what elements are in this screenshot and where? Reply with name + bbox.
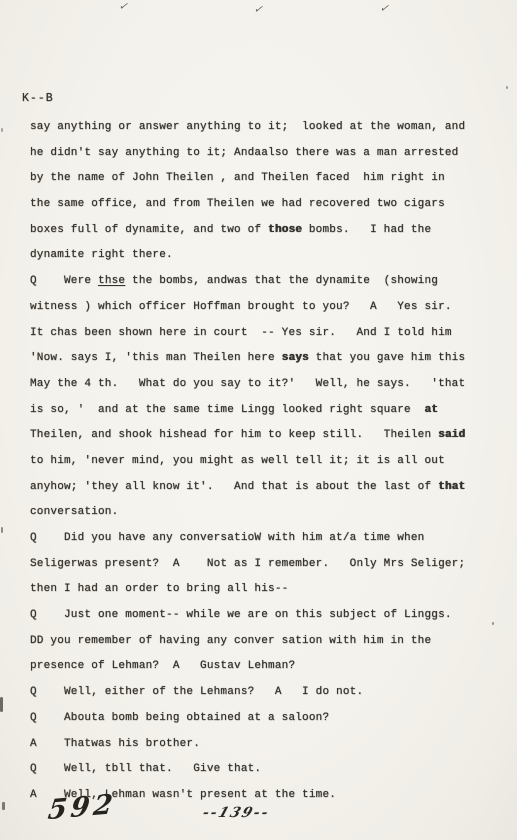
- transcript-line: is so, ' and at the same time Lingg look…: [30, 404, 491, 430]
- transcript-line: Seligerwas present? A Not as I remember.…: [30, 558, 491, 584]
- transcript-line: the same office, and from Theilen we had…: [30, 198, 491, 224]
- transcript-line: boxes full of dynamite, and two of those…: [30, 224, 491, 250]
- transcript-body: say anything or answer anything to it; l…: [30, 121, 491, 815]
- transcript-line: Q Did you have any conversatioW with him…: [30, 532, 491, 558]
- transcript-line: dynamite right there.: [30, 249, 491, 275]
- transcript-line: Q Abouta bomb being obtained at a saloon…: [30, 712, 491, 738]
- ink-speck: [1, 527, 3, 533]
- handwritten-folio-number: --139--: [200, 805, 272, 821]
- handwritten-page-number: 592: [46, 789, 118, 826]
- ink-speck: [1, 128, 3, 132]
- transcript-line: Q Just one moment-- while we are on this…: [30, 609, 491, 635]
- ink-speck: [2, 802, 5, 810]
- transcript-line: then I had an order to bring all his--: [30, 583, 491, 609]
- ink-speck: [0, 697, 3, 712]
- pen-checkmark: ✓: [253, 2, 265, 18]
- transcript-line: 'Now. says I, 'this man Theilen here say…: [30, 352, 491, 378]
- transcript-line: Q Well, either of the Lehmans? A I do no…: [30, 686, 491, 712]
- transcript-line: witness ) which officer Hoffman brought …: [30, 301, 491, 327]
- transcript-line: DD you remember of having any conver sat…: [30, 635, 491, 661]
- transcript-line: It chas been shown here in court -- Yes …: [30, 327, 491, 353]
- transcript-line: Q Were thse the bombs, andwas that the d…: [30, 275, 491, 301]
- transcript-line: say anything or answer anything to it; l…: [30, 121, 491, 147]
- transcript-line: conversation.: [30, 506, 491, 532]
- transcript-line: presence of Lehman? A Gustav Lehman?: [30, 660, 491, 686]
- ink-speck: [506, 86, 508, 89]
- transcript-line: by the name of John Theilen , and Theile…: [30, 172, 491, 198]
- transcript-line: A Thatwas his brother.: [30, 738, 491, 764]
- document-page: ✓ ✓ ✓ K--B say anything or answer anythi…: [0, 0, 517, 840]
- transcript-line: May the 4 th. What do you say to it?' We…: [30, 378, 491, 404]
- transcript-line: to him, 'never mind, you might as well t…: [30, 455, 491, 481]
- pen-checkmark: ✓: [118, 0, 130, 14]
- pen-checkmark: ✓: [379, 1, 391, 17]
- ink-speck: [492, 622, 494, 625]
- transcript-line: Q Well, tbll that. Give that.: [30, 763, 491, 789]
- transcript-line: Theilen, and shook hishead for him to ke…: [30, 429, 491, 455]
- typed-header-mark: K--B: [22, 92, 54, 105]
- transcript-line: anyhow; 'they all know it'. And that is …: [30, 481, 491, 507]
- transcript-line: he didn't say anything to it; Andaalso t…: [30, 147, 491, 173]
